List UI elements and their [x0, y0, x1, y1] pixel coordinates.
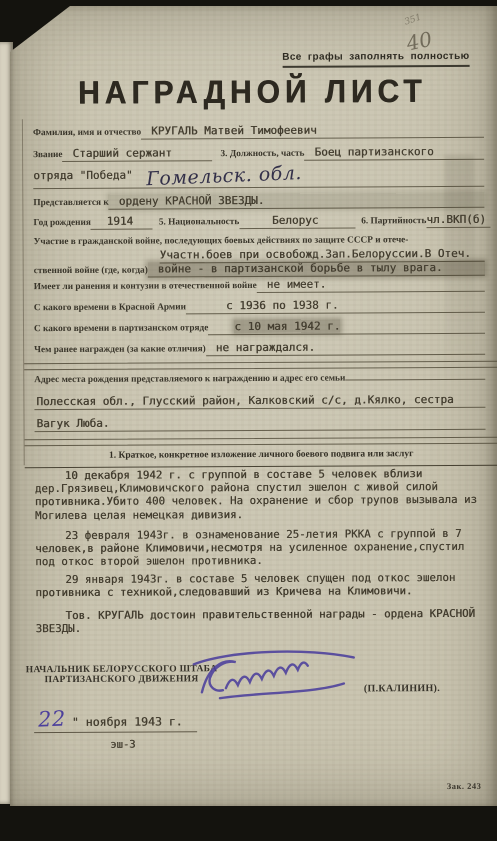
fill-instruction-note: Все графы заполнять полностью [282, 51, 469, 68]
award-sheet-page: 351 40 Все графы заполнять полностью НАГ… [10, 6, 497, 806]
wounds-label: Имеет ли ранения и контузии в отечествен… [34, 281, 257, 292]
field-duty-continued-row: отряда "Победа" Гомельск. обл. [33, 161, 484, 189]
signature-ink [190, 647, 362, 704]
date-row: 22" ноября 1943 г. [34, 706, 197, 731]
nationality-value: Белорус [239, 213, 355, 229]
name-value: КРУГАЛЬ Матвей Тимофеевич [141, 123, 484, 140]
print-order-number: Зак. 243 [447, 781, 482, 791]
name-label: Фамилия, имя и отчество [33, 128, 141, 139]
birth-year-label: Год рождения [33, 218, 90, 228]
citation-paragraph-3: 29 января 1943г. в составе 5 человек спу… [35, 571, 482, 600]
duty-value-typed-part: отряда "Победа" [33, 169, 132, 183]
citation-section-header: 1. Краткое, конкретное изложение личного… [25, 449, 497, 468]
citation-paragraph-4: Тов. КРУГАЛЬ достоин правительственной н… [35, 607, 482, 636]
clerk-code: эш-3 [110, 739, 135, 751]
war-participation-value-line2: войне - в партизанской борьбе в тылу вра… [148, 261, 485, 278]
award-label: Представляется к [33, 198, 108, 208]
signer-name: (П.КАЛИНИН). [364, 683, 440, 694]
left-margin-rule [22, 119, 25, 465]
divider-double-rule-top [24, 361, 497, 370]
army-service-label: С какого времени в Красной Армии [34, 302, 186, 313]
party-label: 6. Партийность [355, 216, 426, 226]
detachment-value: с 10 мая 1942 г. [234, 320, 340, 334]
field-award-row: Представляется к ордену КРАСНОЙ ЗВЕЗДЫ. [33, 193, 484, 210]
nationality-label: 5. Национальность [153, 217, 239, 227]
divider-double-rule-bottom [25, 437, 497, 446]
wounds-value: не имеет. [257, 277, 485, 293]
scanned-document: 351 40 Все графы заполнять полностью НАГ… [0, 0, 497, 841]
duty-label: 3. Должность, часть [212, 149, 304, 159]
field-detachment-row: С какого времени в партизанском отряде с… [34, 319, 485, 336]
citation-paragraph-1: 10 декабря 1942 г. с группой в составе 5… [35, 467, 482, 522]
address-label: Адрес места рождения представляемого к н… [34, 374, 345, 386]
pencil-mark-small: 351 [403, 13, 422, 28]
address-value-line1: Полесская обл., Глусский район, Калковск… [34, 393, 485, 410]
previous-awards-label: Чем ранее награжден (за какие отличия) [34, 344, 206, 355]
field-address-value1-row: Полесская обл., Глусский район, Калковск… [34, 393, 485, 410]
duty-value: Боец партизанского [304, 145, 484, 161]
document-title: НАГРАДНОЙ ЛИСТ [9, 73, 496, 112]
page-content: 351 40 Все графы заполнять полностью НАГ… [8, 5, 497, 808]
field-rank-duty-row: Звание Старший сержант 3. Должность, час… [33, 145, 484, 162]
war-participation-label-line1: Участие в гражданской войне, последующих… [34, 235, 409, 247]
previous-awards-value: не награждался. [206, 340, 485, 356]
rank-value: Старший сержант [62, 146, 212, 162]
address-label-trailing-line [345, 378, 485, 381]
birth-year-value: 1914 [91, 215, 153, 230]
field-address-value2-row: Вагук Люба. [34, 415, 485, 432]
date-underline: 22" ноября 1943 г. [34, 712, 197, 733]
field-name-row: Фамилия, имя и отчество КРУГАЛЬ Матвей Т… [33, 123, 484, 140]
detachment-label: С какого времени в партизанском отряде [34, 323, 208, 334]
party-value: чл.ВКП(б) [426, 213, 490, 228]
detachment-value-wrap: с 10 мая 1942 г. [208, 319, 485, 335]
signer-position-line2: ПАРТИЗАНСКОГО ДВИЖЕНИЯ [26, 674, 218, 685]
field-address-label-row: Адрес места рождения представляемого к н… [34, 373, 485, 385]
duty-value-handwritten-part: Гомельск. обл. [146, 162, 302, 190]
field-war-label-row: Участие в гражданской войне, последующих… [34, 235, 485, 247]
award-value: ордену КРАСНОЙ ЗВЕЗДЫ. [109, 193, 485, 210]
field-wounds-row: Имеет ли ранения и контузии в отечествен… [34, 277, 485, 294]
signer-position: НАЧАЛЬНИК БЕЛОРУССКОГО ШТАБА ПАРТИЗАНСКО… [26, 664, 218, 685]
army-service-value: с 1936 по 1938 г. [186, 298, 485, 315]
date-day-handwritten: 22 [38, 707, 67, 732]
field-previous-awards-row: Чем ранее награжден (за какие отличия) н… [34, 340, 485, 357]
field-war-value2-row: ственной войне (где, когда) войне - в па… [34, 261, 485, 278]
address-value-line2: Вагук Люба. [34, 415, 485, 432]
citation-paragraph-2: 23 февраля 1943г. в ознаменование 25-лет… [35, 527, 482, 569]
date-typed-part: " ноября 1943 г. [66, 714, 183, 729]
field-army-service-row: С какого времени в Красной Армии с 1936 … [34, 298, 485, 315]
field-birth-nat-party-row: Год рождения 1914 5. Национальность Бело… [33, 213, 484, 230]
war-participation-label-line2: ственной войне (где, когда) [34, 266, 148, 277]
rank-label: Звание [33, 150, 62, 160]
